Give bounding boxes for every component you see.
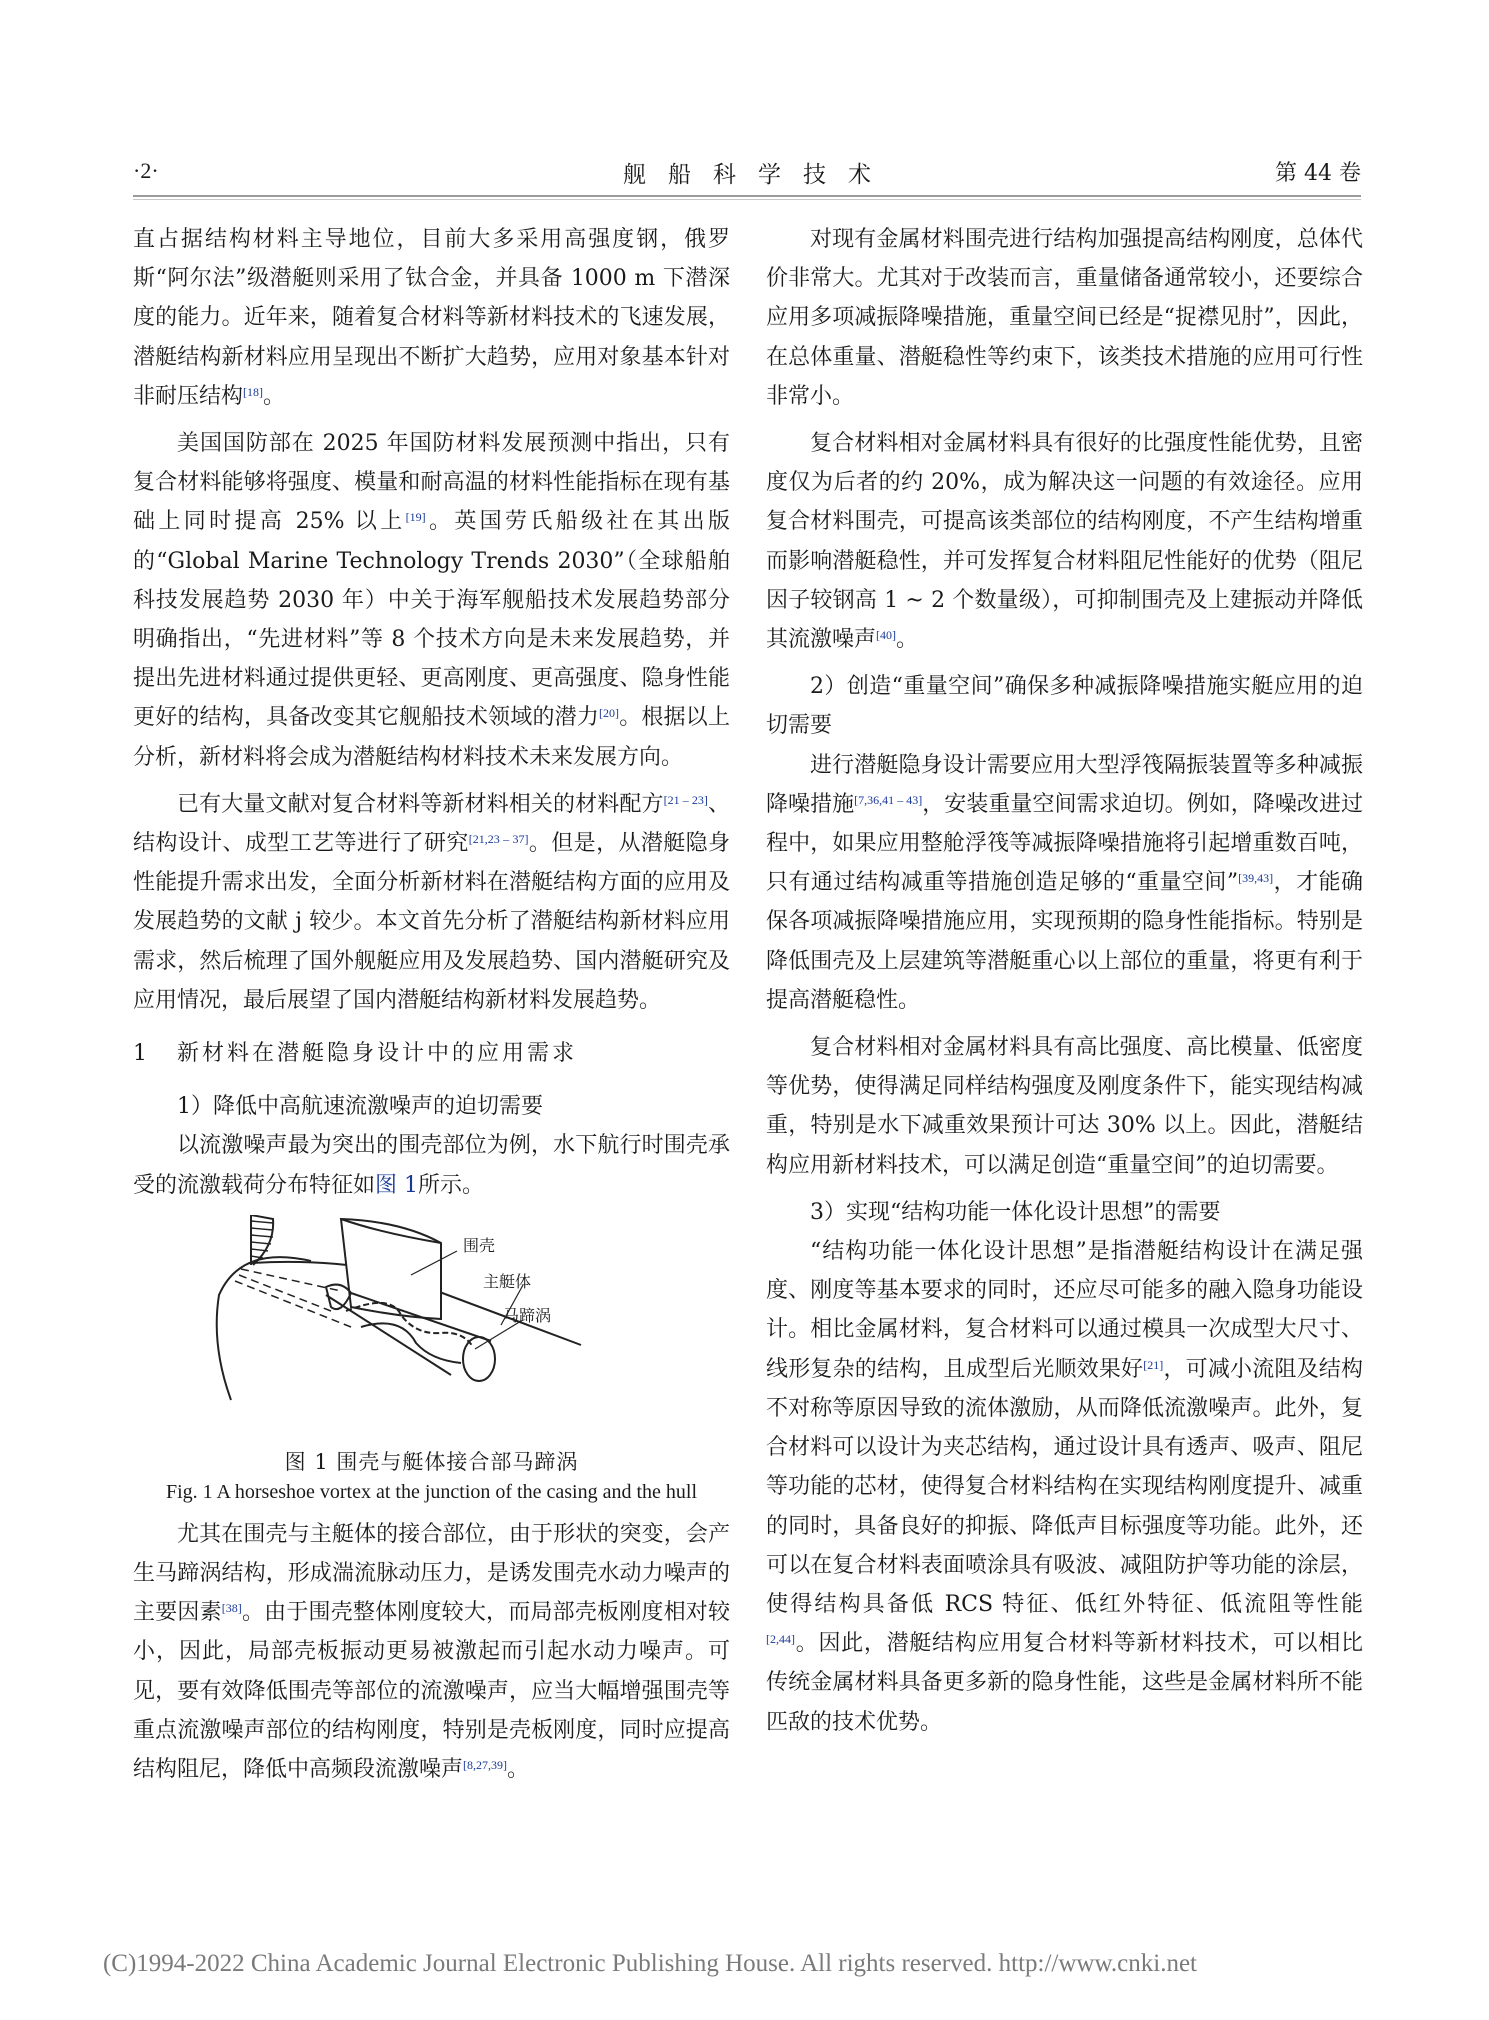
subsection-heading: 3）实现“结构功能一体化设计思想”的需要 [766,1193,1363,1232]
paragraph: 进行潜艇隐身设计需要应用大型浮筏隔振装置等多种减振降噪措施[7,36,41 – … [766,746,1363,1020]
journal-title: 舰船科学技术 [133,156,1361,189]
section-heading: 1新材料在潜艇隐身设计中的应用需求 [133,1034,730,1073]
figure-link[interactable]: 图 1 [375,1173,418,1198]
header-rule [133,195,1361,197]
citation-link[interactable]: [7,36,41 – 43] [854,793,922,807]
paragraph: 尤其在围壳与主艇体的接合部位，由于形状的突变，会产生马蹄涡结构，形成湍流脉动压力… [133,1515,730,1789]
citation-link[interactable]: [20] [599,706,619,720]
section-title: 新材料在潜艇隐身设计中的应用需求 [177,1041,577,1066]
paragraph: 直占据结构材料主导地位，目前大多采用高强度钢，俄罗斯“阿尔法”级潜艇则采用了钛合… [133,220,730,416]
paragraph: 以流激噪声最为突出的围壳部位为例，水下航行时围壳承受的流激载荷分布特征如图 1所… [133,1126,730,1204]
paragraph: 复合材料相对金属材料具有很好的比强度性能优势，且密度仅为后者的约 20%，成为解… [766,424,1363,659]
figure-label-hull: 主艇体 [483,1273,531,1291]
citation-link[interactable]: [39,43] [1238,871,1273,885]
figure-caption-cn: 图 1 围壳与艇体接合部马蹄涡 [133,1447,730,1477]
header-rule-secondary [133,199,1361,200]
section-number: 1 [133,1034,177,1073]
copyright-footer: (C)1994-2022 China Academic Journal Elec… [0,1950,1300,1978]
citation-link[interactable]: [18] [243,385,263,399]
citation-link[interactable]: [21,23 – 37] [469,832,529,846]
citation-link[interactable]: [2,44] [766,1632,795,1646]
paragraph: 美国国防部在 2025 年国防材料发展预测中指出，只有复合材料能够将强度、模量和… [133,424,730,777]
figure-caption-en: Fig. 1 A horseshoe vortex at the junctio… [133,1477,730,1507]
citation-link[interactable]: [21] [1143,1358,1163,1372]
figure-1: 围壳 主艇体 马蹄涡 [133,1215,730,1445]
running-header: ·2· 舰船科学技术 第 44 卷 [133,152,1361,192]
volume-label: 第 44 卷 [1275,156,1361,187]
horseshoe-vortex-diagram [201,1215,661,1445]
subsection-heading: 2）创造“重量空间”确保多种减振降噪措施实艇应用的迫切需要 [766,667,1363,745]
figure-label-vortex: 马蹄涡 [503,1307,551,1325]
citation-link[interactable]: [8,27,39] [463,1758,507,1772]
paragraph: 复合材料相对金属材料具有高比强度、高比模量、低密度等优势，使得满足同样结构强度及… [766,1028,1363,1185]
subsection-heading: 1）降低中高航速流激噪声的迫切需要 [133,1087,730,1126]
figure-label-casing: 围壳 [463,1237,495,1255]
paragraph: 已有大量文献对复合材料等新材料相关的材料配方[21 – 23]、结构设计、成型工… [133,785,730,1020]
citation-link[interactable]: [21 – 23] [664,793,708,807]
citation-link[interactable]: [19] [406,510,426,524]
citation-link[interactable]: [38] [222,1601,242,1615]
paragraph: “结构功能一体化设计思想”是指潜艇结构设计在满足强度、刚度等基本要求的同时，还应… [766,1232,1363,1742]
right-column: 对现有金属材料围壳进行结构加强提高结构刚度，总体代价非常大。尤其对于改装而言，重… [766,220,1363,1742]
citation-link[interactable]: [40] [876,628,896,642]
paragraph: 对现有金属材料围壳进行结构加强提高结构刚度，总体代价非常大。尤其对于改装而言，重… [766,220,1363,416]
left-column: 直占据结构材料主导地位，目前大多采用高强度钢，俄罗斯“阿尔法”级潜艇则采用了钛合… [133,220,730,1789]
